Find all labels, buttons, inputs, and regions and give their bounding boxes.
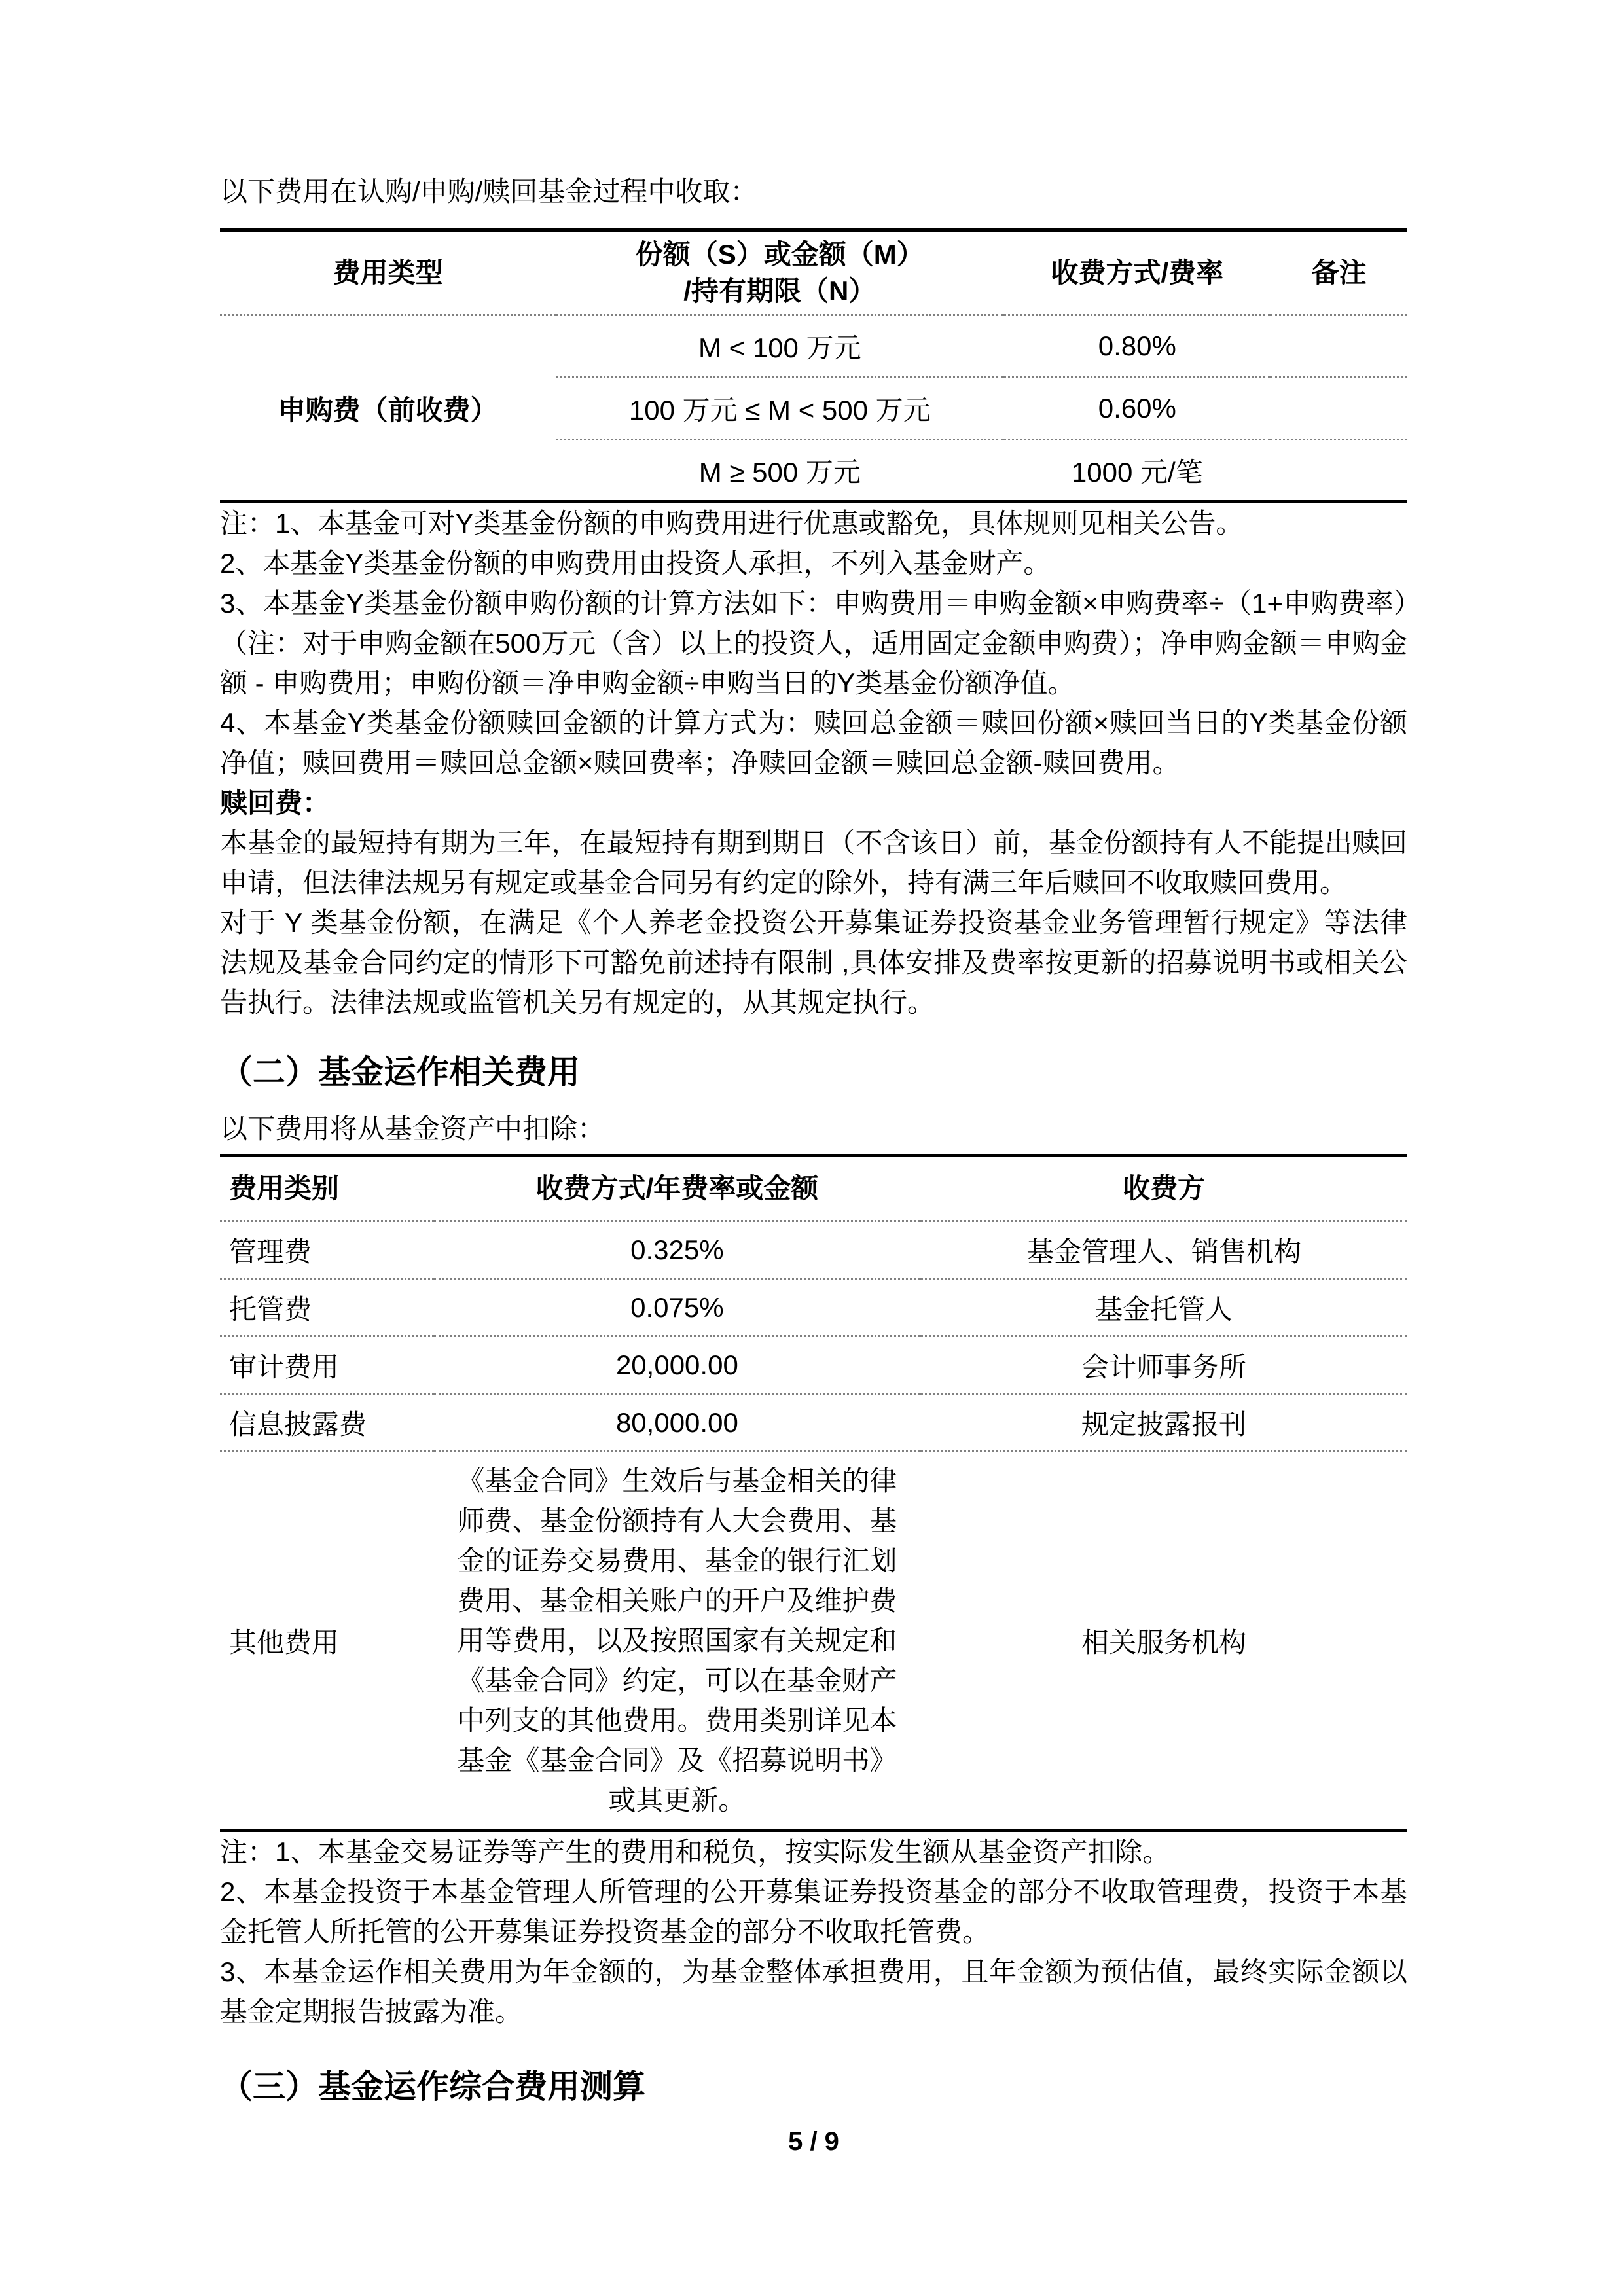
operation-fee-table: 费用类别 收费方式/年费率或金额 收费方 管理费 0.325% 基金管理人、销售… <box>220 1154 1407 1832</box>
fee-value: 0.075% <box>434 1279 921 1336</box>
redemption-paragraph-1: 本基金的最短持有期为三年，在最短持有期到期日（不含该日）前，基金份额持有人不能提… <box>220 823 1407 903</box>
operation-fee-intro: 以下费用将从基金资产中扣除： <box>220 1109 1407 1149</box>
fee-category: 托管费 <box>220 1279 434 1336</box>
tier-3-remark <box>1271 440 1407 502</box>
tier-1-condition: M < 100 万元 <box>556 315 1003 378</box>
table-row-disclosure-fee: 信息披露费 80,000.00 规定披露报刊 <box>220 1394 1407 1452</box>
page-content: 以下费用在认购/申购/赎回基金过程中收取： 费用类型 份额（S）或金额（M） /… <box>220 171 1407 2157</box>
intro-line: 以下费用在认购/申购/赎回基金过程中收取： <box>220 171 1407 211</box>
col-header-payee: 收费方 <box>920 1156 1407 1221</box>
table-row-custody-fee: 托管费 0.075% 基金托管人 <box>220 1279 1407 1336</box>
col-header-method: 收费方式/费率 <box>1003 230 1271 315</box>
fee-value: 《基金合同》生效后与基金相关的律师费、基金份额持有人大会费用、基金的证券交易费用… <box>434 1452 921 1831</box>
page-number: 5 / 9 <box>220 2127 1407 2157</box>
tier-3-rate: 1000 元/笔 <box>1003 440 1271 502</box>
note-paragraph-1: 注：1、本基金可对Y类基金份额的申购费用进行优惠或豁免，具体规则见相关公告。 <box>220 503 1407 543</box>
col-header-amount-line2: /持有期限（N） <box>556 273 1003 310</box>
col-header-amount-line1: 份额（S）或金额（M） <box>556 236 1003 273</box>
fee-payee: 规定披露报刊 <box>920 1394 1407 1452</box>
operation-note-3: 3、本基金运作相关费用为年金额的，为基金整体承担费用，且年金额为预估值，最终实际… <box>220 1952 1407 2032</box>
table-row-tier-1: 申购费（前收费） M < 100 万元 0.80% <box>220 315 1407 378</box>
other-fees-description: 《基金合同》生效后与基金相关的律师费、基金份额持有人大会费用、基金的证券交易费用… <box>446 1453 908 1828</box>
tier-2-rate: 0.60% <box>1003 378 1271 440</box>
col-header-amount: 份额（S）或金额（M） /持有期限（N） <box>556 230 1003 315</box>
table-row-audit-fee: 审计费用 20,000.00 会计师事务所 <box>220 1336 1407 1394</box>
col-header-rate-amount: 收费方式/年费率或金额 <box>434 1156 921 1221</box>
tier-2-condition: 100 万元 ≤ M < 500 万元 <box>556 378 1003 440</box>
purchase-fee-header-row: 费用类型 份额（S）或金额（M） /持有期限（N） 收费方式/费率 备注 <box>220 230 1407 315</box>
tier-2-remark <box>1271 378 1407 440</box>
fee-category: 管理费 <box>220 1221 434 1279</box>
operation-note-1: 注：1、本基金交易证券等产生的费用和税负，按实际发生额从基金资产扣除。 <box>220 1832 1407 1872</box>
fee-value: 0.325% <box>434 1221 921 1279</box>
redemption-paragraph-2: 对于 Y 类基金份额，在满足《个人养老金投资公开募集证券投资基金业务管理暂行规定… <box>220 903 1407 1022</box>
table-row-other-fees: 其他费用 《基金合同》生效后与基金相关的律师费、基金份额持有人大会费用、基金的证… <box>220 1452 1407 1831</box>
operation-fee-header-row: 费用类别 收费方式/年费率或金额 收费方 <box>220 1156 1407 1221</box>
col-header-fee-type: 费用类型 <box>220 230 556 315</box>
document-page: 以下费用在认购/申购/赎回基金过程中收取： 费用类型 份额（S）或金额（M） /… <box>0 0 1624 2296</box>
fee-category: 信息披露费 <box>220 1394 434 1452</box>
note-paragraph-4: 4、本基金Y类基金份额赎回金额的计算方式为：赎回总金额＝赎回份额×赎回当日的Y类… <box>220 703 1407 783</box>
fee-payee: 基金管理人、销售机构 <box>920 1221 1407 1279</box>
fee-value: 80,000.00 <box>434 1394 921 1452</box>
section-3-heading: （三）基金运作综合费用测算 <box>220 2066 1407 2108</box>
fee-payee: 基金托管人 <box>920 1279 1407 1336</box>
fee-payee: 相关服务机构 <box>920 1452 1407 1831</box>
section-2-heading: （二）基金运作相关费用 <box>220 1051 1407 1093</box>
fee-value: 20,000.00 <box>434 1336 921 1394</box>
col-header-remark: 备注 <box>1271 230 1407 315</box>
tier-3-condition: M ≥ 500 万元 <box>556 440 1003 502</box>
col-header-category: 费用类别 <box>220 1156 434 1221</box>
note-paragraph-3: 3、本基金Y类基金份额申购份额的计算方法如下：申购费用＝申购金额×申购费率÷（1… <box>220 583 1407 703</box>
fee-category: 其他费用 <box>220 1452 434 1831</box>
fee-payee: 会计师事务所 <box>920 1336 1407 1394</box>
note-paragraph-2: 2、本基金Y类基金份额的申购费用由投资人承担，不列入基金财产。 <box>220 543 1407 583</box>
table-row-management-fee: 管理费 0.325% 基金管理人、销售机构 <box>220 1221 1407 1279</box>
operation-note-2: 2、本基金投资于本基金管理人所管理的公开募集证券投资基金的部分不收取管理费，投资… <box>220 1872 1407 1952</box>
purchase-fee-table: 费用类型 份额（S）或金额（M） /持有期限（N） 收费方式/费率 备注 申购费… <box>220 228 1407 503</box>
fee-category: 审计费用 <box>220 1336 434 1394</box>
redemption-fee-heading: 赎回费： <box>220 783 1407 823</box>
tier-1-rate: 0.80% <box>1003 315 1271 378</box>
fee-group-label: 申购费（前收费） <box>220 315 556 502</box>
tier-1-remark <box>1271 315 1407 378</box>
